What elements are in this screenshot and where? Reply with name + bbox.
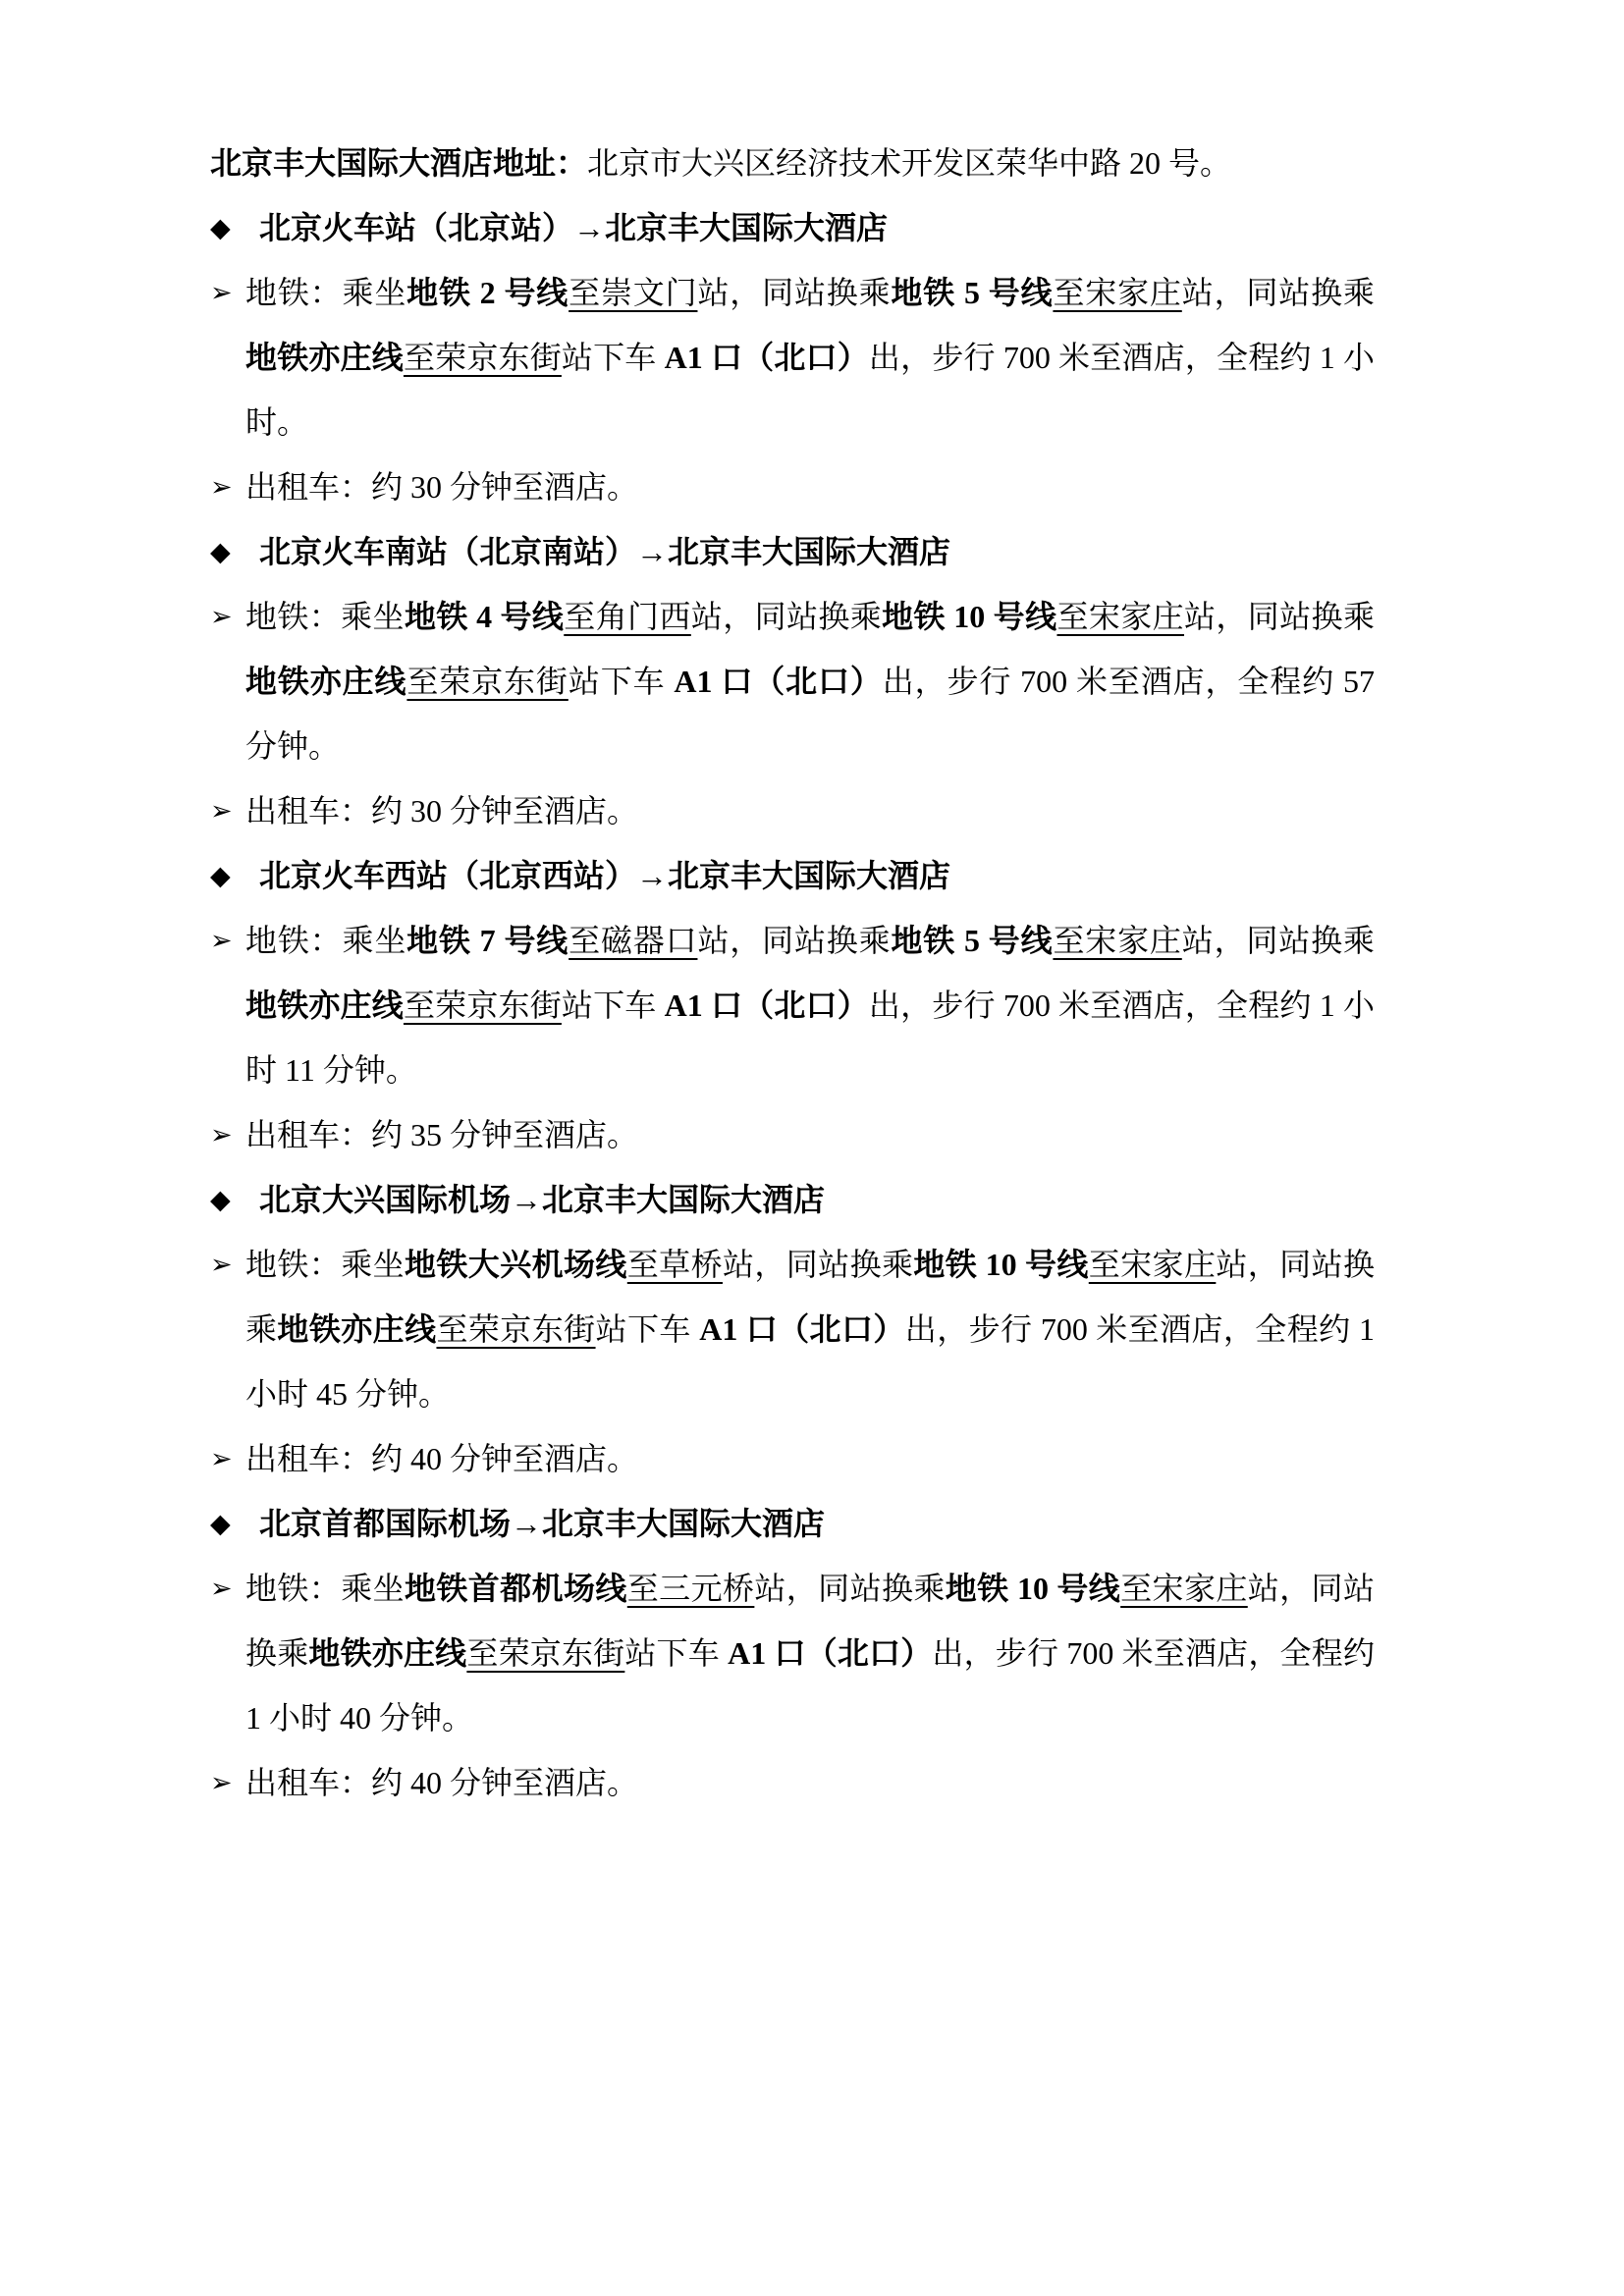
text-segment: 站，同站换乘 xyxy=(723,1247,913,1282)
text-segment: A1 口（北口） xyxy=(665,340,869,375)
text-segment: A1 口（北口） xyxy=(699,1311,905,1347)
text-segment: 地铁亦庄线 xyxy=(245,340,404,375)
text-segment: 至磁器口 xyxy=(568,923,697,958)
text-segment: 地铁首都机场线 xyxy=(405,1571,627,1606)
text-segment: 出租车：约 40 分钟至酒店。 xyxy=(245,1765,638,1800)
arrow-bullet-icon: ➢ xyxy=(210,261,233,326)
taxi-route-item: ➢出租车：约 30 分钟至酒店。 xyxy=(210,778,1375,843)
text-segment: 地铁 5 号线 xyxy=(891,275,1053,310)
text-segment: 地铁 7 号线 xyxy=(406,923,568,958)
text-segment: 地铁：乘坐 xyxy=(245,923,406,958)
diamond-bullet-icon: ◆ xyxy=(210,520,231,585)
metro-route-text: 地铁：乘坐地铁大兴机场线至草桥站，同站换乘地铁 10 号线至宋家庄站，同站换乘地… xyxy=(245,1247,1375,1412)
text-segment: 站，同站换乘 xyxy=(697,923,891,958)
text-segment: 至三元桥 xyxy=(627,1571,755,1606)
diamond-bullet-icon: ◆ xyxy=(210,1168,231,1233)
text-segment: 出租车：约 35 分钟至酒店。 xyxy=(245,1117,638,1152)
text-segment: 至角门西 xyxy=(564,599,691,634)
text-segment: 地铁：乘坐 xyxy=(245,1571,405,1606)
section-heading-text: 北京首都国际机场→北京丰大国际大酒店 xyxy=(259,1506,825,1541)
arrow-bullet-icon: ➢ xyxy=(210,909,233,974)
text-segment: 至宋家庄 xyxy=(1053,923,1181,958)
taxi-route-text: 出租车：约 40 分钟至酒店。 xyxy=(245,1441,638,1476)
text-segment: 至宋家庄 xyxy=(1120,1571,1248,1606)
metro-route-item: ➢地铁：乘坐地铁大兴机场线至草桥站，同站换乘地铁 10 号线至宋家庄站，同站换乘… xyxy=(210,1232,1375,1426)
text-segment: 站，同站换乘 xyxy=(1182,923,1375,958)
section-heading: ◆北京火车南站（北京南站）→北京丰大国际大酒店 xyxy=(210,519,1379,584)
taxi-route-item: ➢出租车：约 30 分钟至酒店。 xyxy=(210,454,1375,519)
taxi-route-text: 出租车：约 30 分钟至酒店。 xyxy=(245,469,638,505)
taxi-route-text: 出租车：约 40 分钟至酒店。 xyxy=(245,1765,638,1800)
text-segment: 地铁大兴机场线 xyxy=(405,1247,627,1282)
taxi-route-item: ➢出租车：约 40 分钟至酒店。 xyxy=(210,1750,1375,1815)
text-segment: 地铁 10 号线 xyxy=(882,599,1056,634)
arrow-bullet-icon: ➢ xyxy=(210,1557,233,1622)
text-segment: 地铁 10 号线 xyxy=(946,1571,1120,1606)
text-segment: 至荣京东街 xyxy=(466,1635,624,1671)
text-segment: 站，同站换乘 xyxy=(691,599,882,634)
text-segment: 至荣京东街 xyxy=(404,988,562,1023)
text-segment: 站，同站换乘 xyxy=(697,275,891,310)
text-segment: 至宋家庄 xyxy=(1089,1247,1217,1282)
text-segment: 至荣京东街 xyxy=(406,664,568,699)
metro-route-text: 地铁：乘坐地铁 7 号线至磁器口站，同站换乘地铁 5 号线至宋家庄站，同站换乘地… xyxy=(245,923,1375,1088)
metro-route-item: ➢地铁：乘坐地铁 7 号线至磁器口站，同站换乘地铁 5 号线至宋家庄站，同站换乘… xyxy=(210,908,1375,1102)
metro-route-item: ➢地铁：乘坐地铁首都机场线至三元桥站，同站换乘地铁 10 号线至宋家庄站，同站换… xyxy=(210,1556,1375,1750)
text-segment: 地铁 5 号线 xyxy=(891,923,1053,958)
text-segment: 地铁 4 号线 xyxy=(405,599,564,634)
text-segment: 站下车 xyxy=(568,664,675,699)
arrow-bullet-icon: ➢ xyxy=(210,455,233,520)
section-heading: ◆北京大兴国际机场→北京丰大国际大酒店 xyxy=(210,1167,1379,1232)
diamond-bullet-icon: ◆ xyxy=(210,844,231,909)
section-heading-text: 北京大兴国际机场→北京丰大国际大酒店 xyxy=(259,1182,825,1217)
text-segment: 地铁亦庄线 xyxy=(245,664,406,699)
text-segment: 地铁 10 号线 xyxy=(913,1247,1088,1282)
text-segment: 地铁亦庄线 xyxy=(245,988,404,1023)
text-segment: A1 口（北口） xyxy=(665,988,869,1023)
text-segment: 站，同站换乘 xyxy=(1182,275,1375,310)
metro-route-item: ➢地铁：乘坐地铁 2 号线至崇文门站，同站换乘地铁 5 号线至宋家庄站，同站换乘… xyxy=(210,260,1375,454)
metro-route-text: 地铁：乘坐地铁 4 号线至角门西站，同站换乘地铁 10 号线至宋家庄站，同站换乘… xyxy=(245,599,1375,764)
arrow-bullet-icon: ➢ xyxy=(210,1427,233,1492)
section-heading: ◆北京火车西站（北京西站）→北京丰大国际大酒店 xyxy=(210,843,1379,908)
arrow-bullet-icon: ➢ xyxy=(210,1103,233,1168)
arrow-bullet-icon: ➢ xyxy=(210,779,233,844)
text-segment: 出租车：约 30 分钟至酒店。 xyxy=(245,793,638,828)
text-segment: 北京丰大国际大酒店地址： xyxy=(210,145,587,181)
document-content: 北京丰大国际大酒店地址：北京市大兴区经济技术开发区荣华中路 20 号。 ◆北京火… xyxy=(210,131,1379,1815)
text-segment: 地铁：乘坐 xyxy=(245,1247,405,1282)
text-segment: 站下车 xyxy=(624,1635,728,1671)
text-segment: 至荣京东街 xyxy=(404,340,562,375)
section-heading-text: 北京火车站（北京站）→北京丰大国际大酒店 xyxy=(259,210,888,245)
document-page: 北京丰大国际大酒店地址：北京市大兴区经济技术开发区荣华中路 20 号。 ◆北京火… xyxy=(0,0,1624,2296)
text-segment: 地铁：乘坐 xyxy=(245,599,405,634)
text-segment: 站下车 xyxy=(562,988,665,1023)
text-segment: A1 口（北口） xyxy=(728,1635,932,1671)
hotel-address-line: 北京丰大国际大酒店地址：北京市大兴区经济技术开发区荣华中路 20 号。 xyxy=(210,131,1379,195)
diamond-bullet-icon: ◆ xyxy=(210,196,231,261)
text-segment: 地铁亦庄线 xyxy=(308,1635,466,1671)
metro-route-text: 地铁：乘坐地铁 2 号线至崇文门站，同站换乘地铁 5 号线至宋家庄站，同站换乘地… xyxy=(245,275,1375,440)
taxi-route-item: ➢出租车：约 35 分钟至酒店。 xyxy=(210,1102,1375,1167)
text-segment: 至荣京东街 xyxy=(436,1311,595,1347)
text-segment: 站下车 xyxy=(562,340,665,375)
text-segment: 地铁：乘坐 xyxy=(245,275,406,310)
section-heading-text: 北京火车南站（北京南站）→北京丰大国际大酒店 xyxy=(259,534,950,569)
text-segment: 出租车：约 30 分钟至酒店。 xyxy=(245,469,638,505)
text-segment: 至草桥 xyxy=(627,1247,723,1282)
arrow-bullet-icon: ➢ xyxy=(210,1233,233,1298)
text-segment: 北京市大兴区经济技术开发区荣华中路 20 号。 xyxy=(587,145,1231,181)
text-segment: 站，同站换乘 xyxy=(1184,599,1375,634)
taxi-route-item: ➢出租车：约 40 分钟至酒店。 xyxy=(210,1426,1375,1491)
text-segment: 地铁 2 号线 xyxy=(406,275,568,310)
text-segment: 站，同站换乘 xyxy=(754,1571,945,1606)
metro-route-item: ➢地铁：乘坐地铁 4 号线至角门西站，同站换乘地铁 10 号线至宋家庄站，同站换… xyxy=(210,584,1375,778)
section-heading-text: 北京火车西站（北京西站）→北京丰大国际大酒店 xyxy=(259,858,950,893)
route-sections: ◆北京火车站（北京站）→北京丰大国际大酒店➢地铁：乘坐地铁 2 号线至崇文门站，… xyxy=(210,195,1379,1815)
text-segment: A1 口（北口） xyxy=(674,664,882,699)
text-segment: 站下车 xyxy=(596,1311,700,1347)
arrow-bullet-icon: ➢ xyxy=(210,1751,233,1816)
metro-route-text: 地铁：乘坐地铁首都机场线至三元桥站，同站换乘地铁 10 号线至宋家庄站，同站换乘… xyxy=(245,1571,1375,1735)
text-segment: 出租车：约 40 分钟至酒店。 xyxy=(245,1441,638,1476)
taxi-route-text: 出租车：约 35 分钟至酒店。 xyxy=(245,1117,638,1152)
text-segment: 至宋家庄 xyxy=(1056,599,1184,634)
diamond-bullet-icon: ◆ xyxy=(210,1492,231,1557)
section-heading: ◆北京火车站（北京站）→北京丰大国际大酒店 xyxy=(210,195,1379,260)
text-segment: 至崇文门 xyxy=(568,275,697,310)
section-heading: ◆北京首都国际机场→北京丰大国际大酒店 xyxy=(210,1491,1379,1556)
taxi-route-text: 出租车：约 30 分钟至酒店。 xyxy=(245,793,638,828)
arrow-bullet-icon: ➢ xyxy=(210,585,233,650)
text-segment: 至宋家庄 xyxy=(1053,275,1181,310)
text-segment: 地铁亦庄线 xyxy=(277,1311,436,1347)
